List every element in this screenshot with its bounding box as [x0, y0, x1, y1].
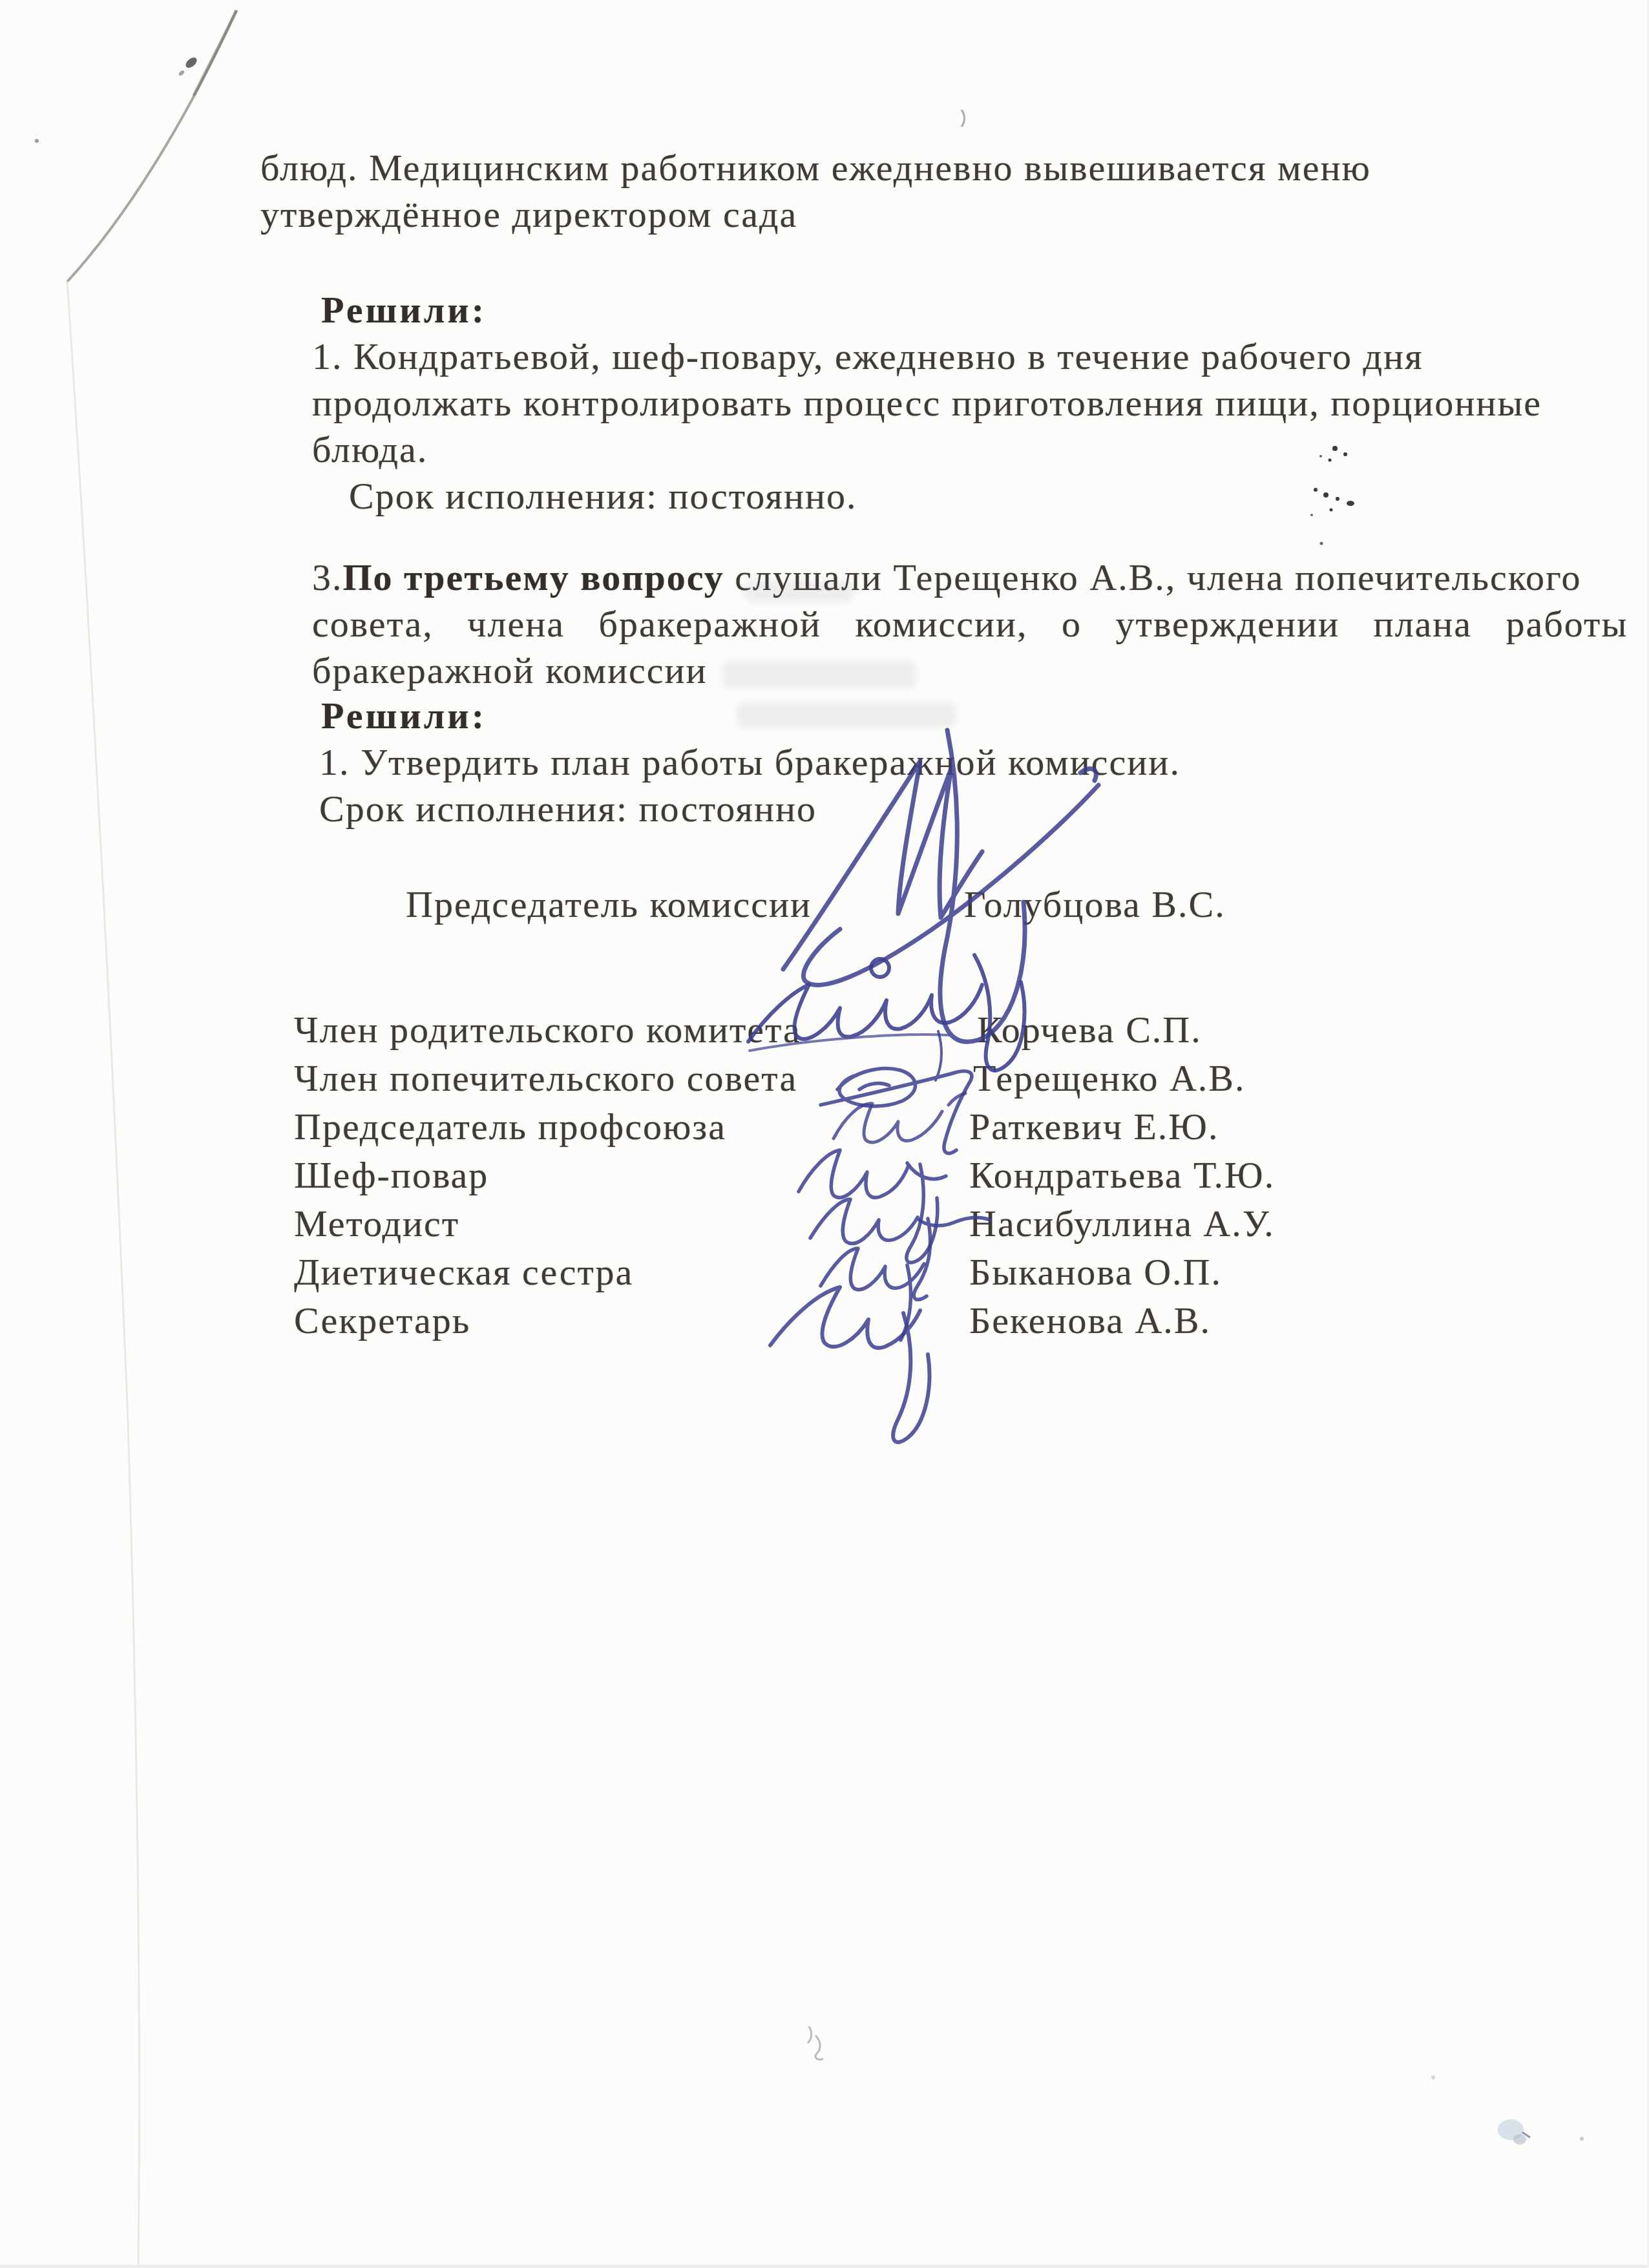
small-apostrophe-mark	[961, 110, 965, 127]
question3-title: По третьему вопросу	[343, 556, 724, 598]
question3-deadline: Срок исполнения: постоянно	[319, 788, 817, 830]
signatory-label: Шеф-повар	[294, 1155, 488, 1196]
question3-line-1: 3.По третьему вопросу слушали Терещенко …	[312, 557, 1581, 598]
showthrough-ghost	[722, 660, 916, 689]
crease-line	[67, 10, 236, 282]
signatory-label: Член попечительского совета	[294, 1058, 797, 1099]
signatory-name: Бекенова А.В.	[969, 1300, 1211, 1341]
showthrough-ghost	[737, 702, 956, 728]
resolution2-item-line-3: блюда.	[312, 429, 428, 470]
question3-line1-rest: слушали Терещенко А.В., члена попечитель…	[724, 556, 1582, 598]
signatory-name: Терещенко А.В.	[973, 1058, 1245, 1099]
resolution2-heading: Решили:	[321, 289, 487, 331]
signature-nasibullina	[810, 1199, 990, 1299]
question3-line-2: совета, члена бракеражной комиссии, о ут…	[312, 604, 1628, 645]
signature-bekenova	[770, 1287, 929, 1442]
crease-notch-mark-small	[178, 69, 185, 76]
signatory-name: Корчева С.П.	[977, 1009, 1202, 1051]
resolution2-item-line-2: продолжать контролировать процесс пригот…	[312, 383, 1542, 424]
scanned-document-page: блюд. Медицинским работником ежедневно в…	[0, 0, 1649, 2268]
signature-kondratieva	[799, 1150, 946, 1263]
chairman-name: Голубцова В.С.	[964, 884, 1226, 925]
crease-line-faint	[67, 282, 139, 2265]
intro-line-1: блюд. Медицинским работником ежедневно в…	[260, 147, 1371, 189]
crease-line-dark	[194, 10, 236, 96]
crease-notch-mark	[184, 56, 198, 70]
signatory-name: Быканова О.П.	[969, 1252, 1222, 1293]
bottom-gray-squiggle	[808, 2026, 823, 2059]
question3-number: 3.	[312, 556, 343, 598]
ink-speck-cluster	[1310, 446, 1354, 545]
signatory-name: Раткевич Е.Ю.	[969, 1106, 1219, 1148]
signatory-label: Секретарь	[294, 1300, 470, 1341]
resolution2-item-line-1: 1. Кондратьевой, шеф-повару, ежедневно в…	[312, 336, 1423, 377]
signatory-name: Насибуллина А.У.	[969, 1203, 1275, 1244]
chairman-label: Председатель комиссии	[406, 884, 812, 925]
question3-item: 1. Утвердить план работы бракеражной ком…	[319, 742, 1181, 783]
signatory-label: Диетическая сестра	[294, 1252, 633, 1293]
question3-heading: Решили:	[321, 695, 487, 737]
paper-speck	[35, 139, 39, 143]
signature-tereshchenko	[821, 1031, 972, 1153]
signatory-label: Председатель профсоюза	[294, 1106, 726, 1148]
signatory-label: Методист	[294, 1203, 459, 1244]
question3-line-3: бракеражной комиссии	[312, 650, 708, 691]
bottom-blue-smudge	[1431, 2075, 1584, 2145]
signature-ratkevich	[834, 1093, 965, 1142]
intro-line-2: утверждённое директором сада	[260, 194, 797, 235]
resolution2-deadline: Срок исполнения: постоянно.	[349, 476, 857, 517]
signatory-label: Член родительского комитета	[294, 1009, 801, 1051]
signature-bykanova	[821, 1248, 924, 1340]
scan-bottom-edge	[0, 2265, 1649, 2268]
signatory-name: Кондратьева Т.Ю.	[969, 1155, 1275, 1196]
